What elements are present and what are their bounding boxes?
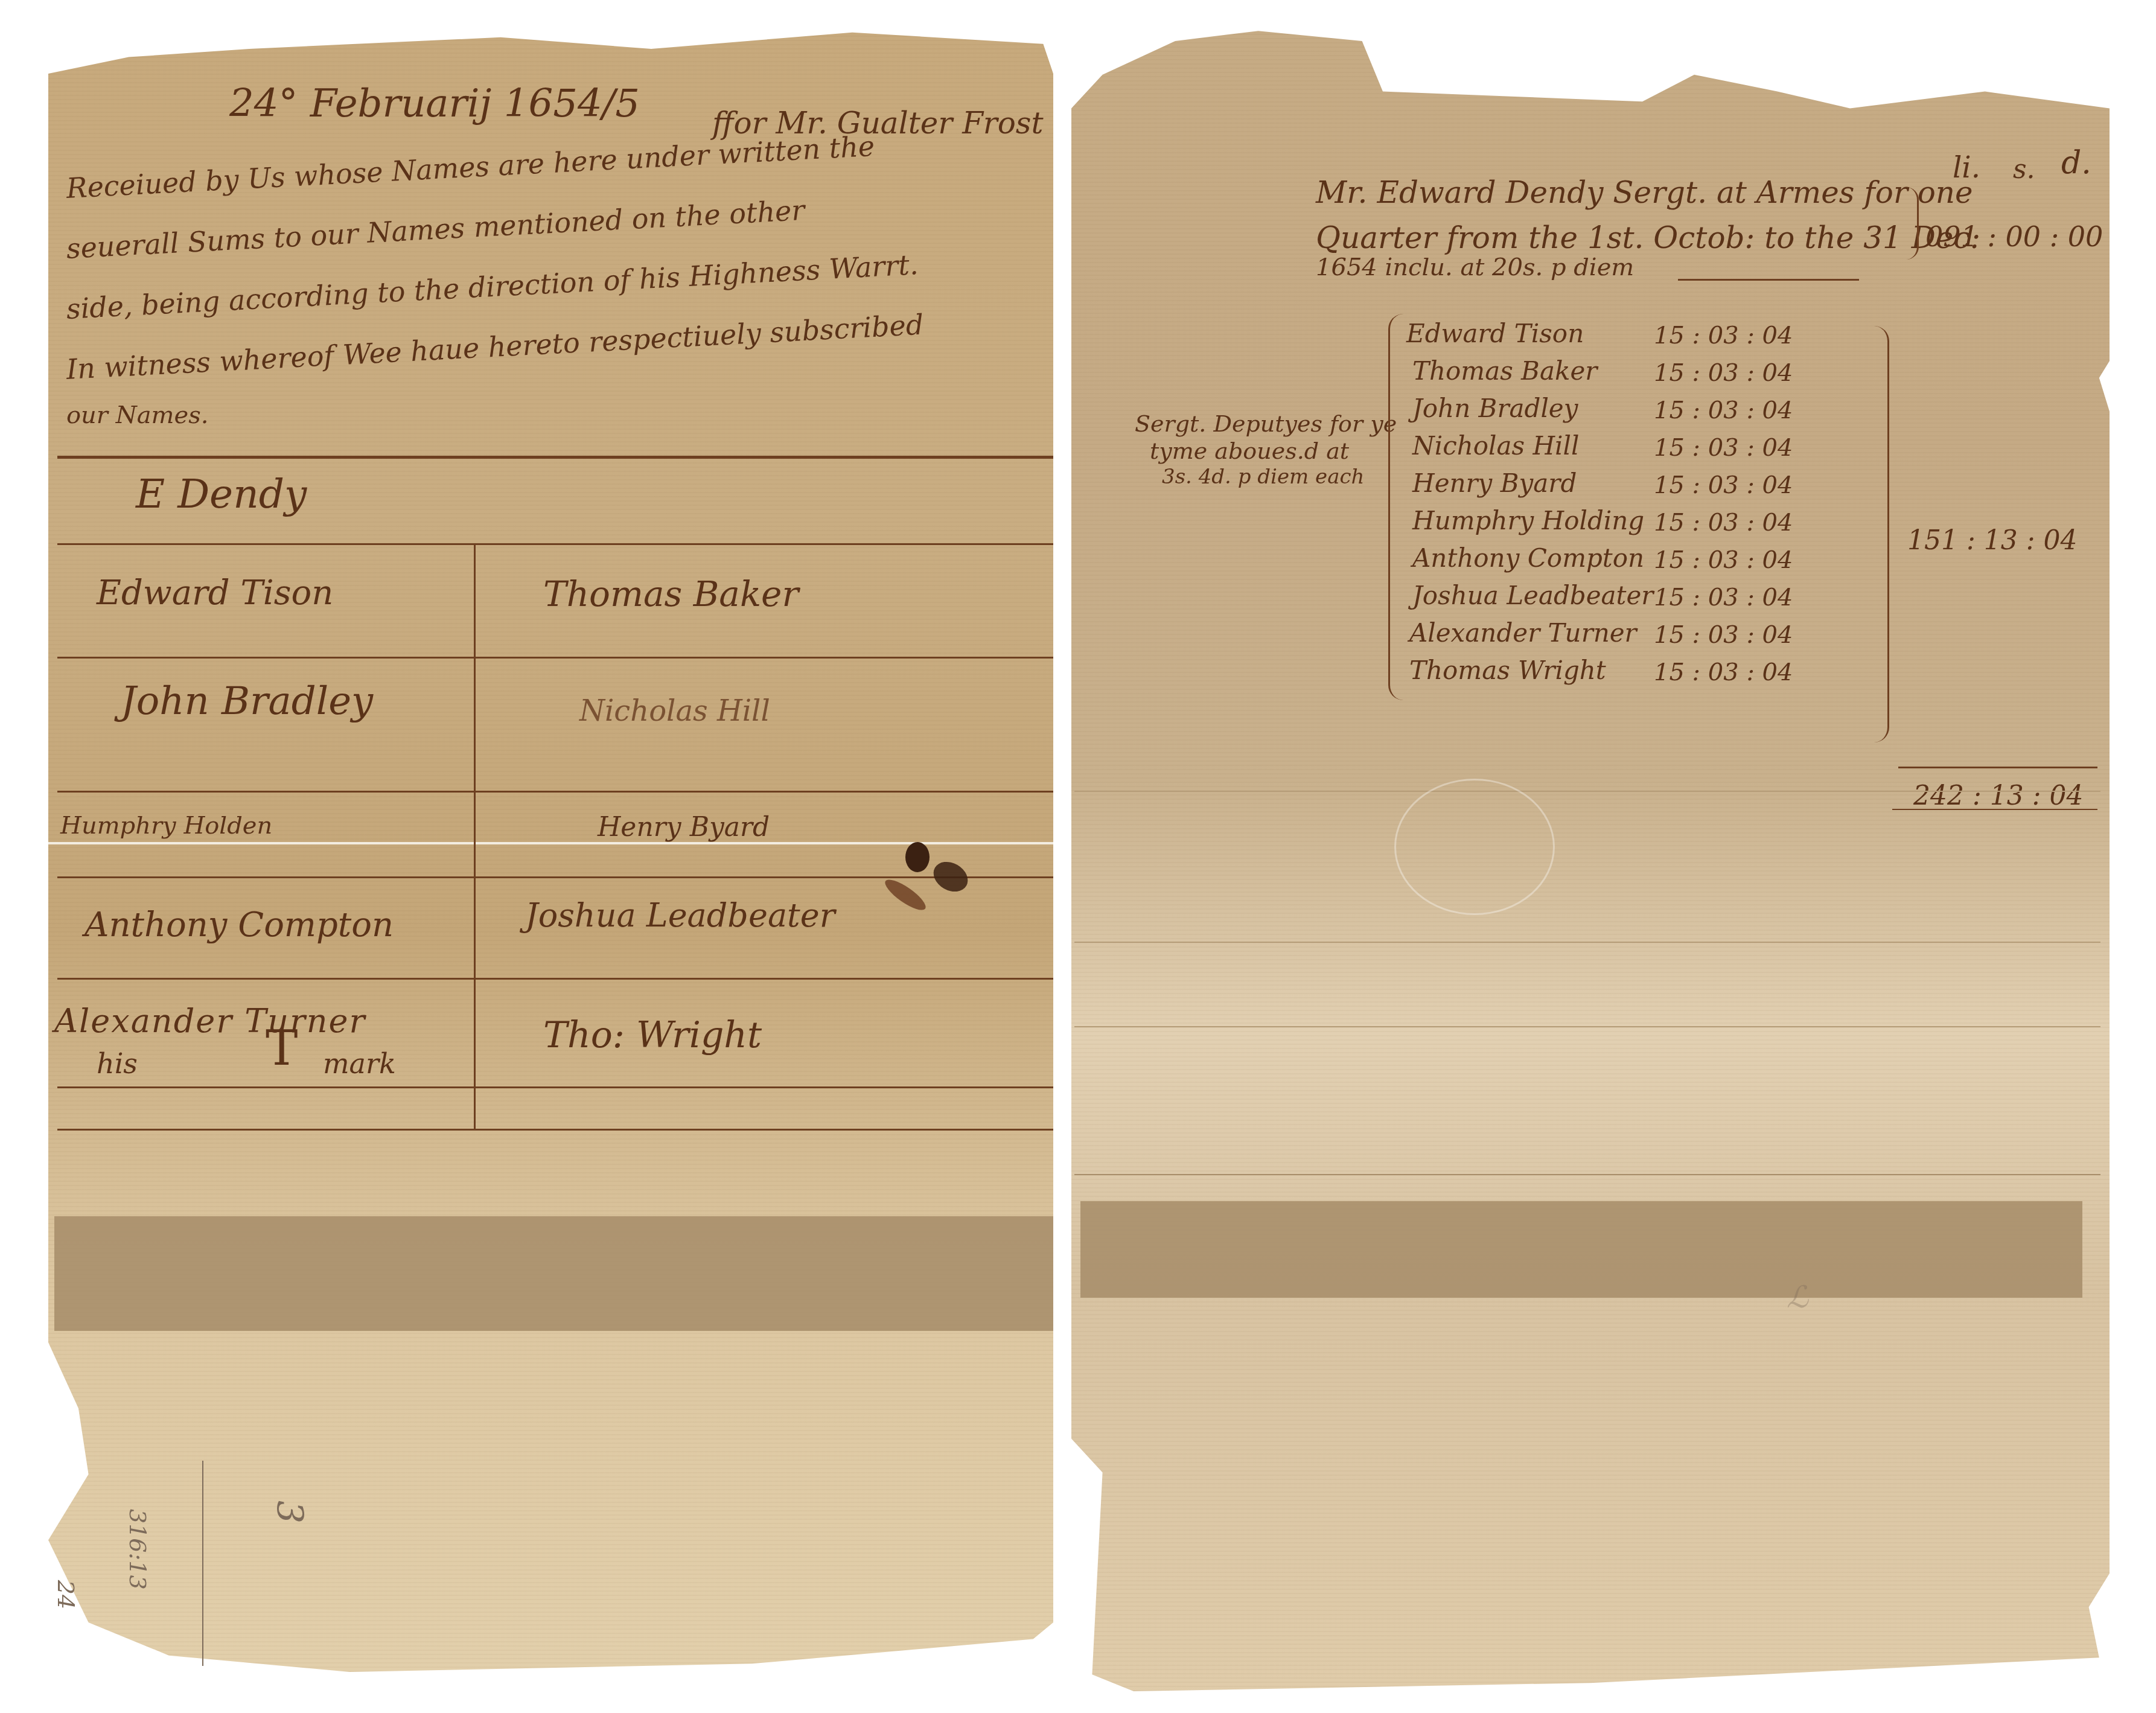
signature-john-bradley: John Bradley [121,679,373,724]
pencil-note-sum: 316:13 [124,1509,151,1590]
signature-nicholas-hill: Nicholas Hill [579,694,770,728]
signature-anthony-compton: Anthony Compton [85,905,394,945]
signature-tho-wright: Tho: Wright [543,1014,762,1056]
signature-alexander-turner: Alexander Turner [54,1002,366,1040]
deputies-right-brace [1874,326,1889,742]
signature-joshua-leadbeater: Joshua Leadbeater [525,896,835,934]
table-rule-6 [57,978,1053,980]
currency-shillings-header: s. [2013,154,2035,185]
fold-line [1074,1174,2100,1175]
table-rule-1 [57,543,1053,545]
repair-tape-band-left [54,1216,1053,1331]
signature-thomas-baker: Thomas Baker [543,573,799,614]
deputy-name: Anthony Compton [1412,543,1644,573]
table-column-divider [474,543,476,1129]
signature-henry-byard: Henry Byard [598,812,770,843]
fold-line [1074,791,2100,792]
deputy-name: John Bradley [1412,394,1578,423]
pencil-margin-line [202,1461,203,1666]
deputy-amount: 15 : 03 : 04 [1654,471,1793,499]
entry-main-line-3: 1654 inclu. at 20s. p diem [1316,254,1634,281]
deputy-name: Edward Tison [1406,319,1584,348]
deputy-name: Humphry Holding [1412,506,1644,535]
grand-total: 242 : 13 : 04 [1913,780,2084,811]
fold-line [1074,942,2100,943]
pencil-note-figure: 3 [268,1501,310,1523]
deputy-amount: 15 : 03 : 04 [1654,659,1793,686]
preamble-line-5: our Names. [66,401,208,429]
deputy-name: Thomas Baker [1412,356,1597,386]
table-top-rule [57,456,1053,459]
entry-brace [1906,187,1919,260]
deputy-amount: 15 : 03 : 04 [1654,584,1793,611]
deputy-amount: 15 : 03 : 04 [1654,621,1793,649]
mark-his-label: his [97,1047,138,1080]
deputy-name: Alexander Turner [1409,618,1637,648]
deputies-label-line-2: tyme aboues.d at [1150,438,1349,464]
deputy-amount: 15 : 03 : 04 [1654,322,1793,349]
currency-pence-header: d. [2061,145,2091,181]
deputy-amount: 15 : 03 : 04 [1654,359,1793,387]
deputy-name: Nicholas Hill [1412,431,1579,461]
date-line: 24° Februarij 1654/5 [229,81,640,126]
mark-symbol: T [266,1020,298,1076]
ink-blot [905,842,930,872]
signature-humphry-holden: Humphry Holden [60,812,272,840]
deputy-amount: 15 : 03 : 04 [1654,546,1793,574]
entry-main-line-2: Quarter from the 1st. Octob: to the 31 D… [1316,220,1980,255]
deputy-name: Thomas Wright [1409,656,1606,685]
deputy-name: Joshua Leadbeater [1412,581,1653,610]
table-rule-3 [57,791,1053,793]
repair-tape-band-right [1080,1201,2082,1298]
signature-edward-tison: Edward Tison [97,573,333,613]
deputy-amount: 15 : 03 : 04 [1654,509,1793,537]
total-rule-top [1898,767,2097,768]
deputies-subtotal: 151 : 13 : 04 [1907,525,2078,556]
deputy-amount: 15 : 03 : 04 [1654,434,1793,462]
deputy-name: Henry Byard [1412,468,1577,498]
pencil-note-edge: 24 [53,1580,79,1609]
faint-pencil-trace: ℒ [1787,1280,1808,1315]
table-rule-2 [57,657,1053,659]
fold-line [1074,1026,2100,1027]
table-rule-4 [48,842,1053,844]
deputies-left-brace [1388,314,1403,700]
deputy-amount: 15 : 03 : 04 [1654,397,1793,424]
deputies-label-line-3: 3s. 4d. p diem each [1162,465,1364,489]
deputies-label-line-1: Sergt. Deputyes for ye [1135,410,1397,437]
mark-label: mark [323,1047,396,1080]
table-rule-7 [57,1086,1053,1088]
table-rule-5 [57,876,1053,878]
principal-signature: E Dendy [136,471,307,517]
total-rule-bottom [1892,809,2097,810]
paper-watermark [1394,779,1555,915]
entry-main-amount: 091 : 00 : 00 [1925,220,2103,253]
table-rule-8 [57,1129,1053,1131]
entry-main-line-1: Mr. Edward Dendy Sergt. at Armes for one [1316,175,1973,210]
entry-underline [1678,279,1859,281]
